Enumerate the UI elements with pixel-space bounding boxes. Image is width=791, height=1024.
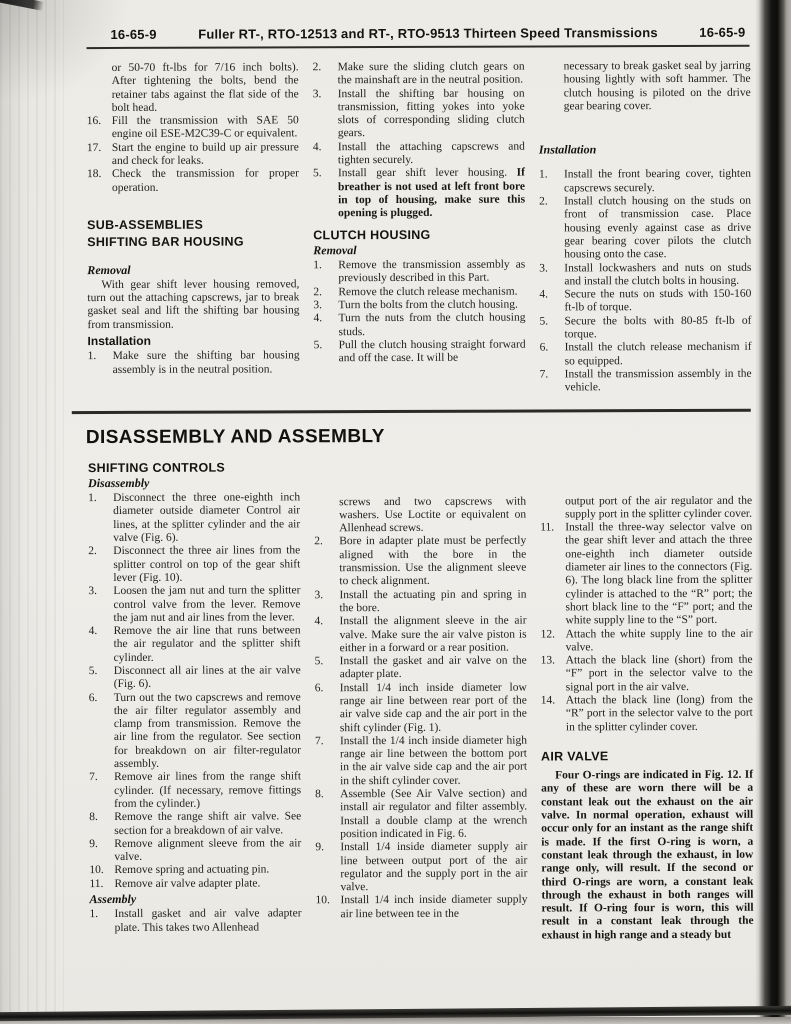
list-number: 3. bbox=[88, 585, 97, 598]
list-item-text: Install the front bearing cover, tighten… bbox=[564, 168, 751, 194]
list-item-text: Disconnect the three one-eighth inch dia… bbox=[113, 491, 300, 544]
list-item-text: Attach the black line (long) from the “R… bbox=[566, 694, 753, 733]
list-item: 5.Disconnect all air lines at the air va… bbox=[89, 664, 301, 691]
list-item-text: Install gasket and air valve adapter pla… bbox=[115, 908, 302, 934]
list-item: 4.Turn the nuts from the clutch housing … bbox=[313, 312, 525, 339]
list-number: 1. bbox=[88, 492, 97, 505]
list-item: 7.Install the transmission assembly in t… bbox=[540, 368, 752, 395]
list-number: 8. bbox=[315, 788, 324, 801]
list-number: 12. bbox=[541, 628, 555, 641]
list-number: 6. bbox=[89, 692, 98, 705]
list-item: 2.Bore in adapter plate must be perfectl… bbox=[314, 535, 526, 589]
list-item: 1.Make sure the shifting bar housing ass… bbox=[88, 350, 300, 377]
list-item: 1.Install gasket and air valve adapter p… bbox=[90, 908, 302, 935]
list-number: 6. bbox=[540, 342, 549, 355]
list-number: 2. bbox=[314, 536, 323, 549]
list-number: 5. bbox=[89, 665, 98, 678]
list-item-text: Remove the transmission assembly as prev… bbox=[338, 259, 525, 285]
list-number: 2. bbox=[539, 196, 548, 209]
list-item: 2.Make sure the sliding clutch gears on … bbox=[313, 61, 525, 88]
section-divider bbox=[72, 408, 751, 413]
list-item: 5.Secure the bolts with 80-85 ft-lb of t… bbox=[539, 315, 751, 342]
list-item-text: Bore in adapter plate must be perfectly … bbox=[339, 535, 526, 588]
list-number: 2. bbox=[313, 286, 322, 299]
paragraph: screws and two capscrews with washers. U… bbox=[339, 495, 526, 536]
list-number: 2. bbox=[88, 545, 97, 558]
list-item-text: Install 1/4 inch inside diameter low ran… bbox=[340, 681, 527, 734]
page-content: 16-65-9 Fuller RT-, RTO-12513 and RT-, R… bbox=[0, 0, 791, 944]
list-item-text: Install the three-way selector valve on … bbox=[565, 521, 752, 627]
list-number: 6. bbox=[315, 682, 324, 695]
list-item-text: Install the shifting bar housing on tran… bbox=[338, 87, 525, 140]
list-item-text: Loosen the jam nut and turn the splitter… bbox=[113, 585, 300, 624]
text-column: SHIFTING CONTROLSDisassembly1.Disconnect… bbox=[88, 461, 302, 944]
procedure-heading: Assembly bbox=[89, 892, 301, 906]
procedure-heading: Disassembly bbox=[88, 476, 300, 490]
list-item: 5.Install gear shift lever housing. If b… bbox=[313, 167, 525, 221]
list-number: 4. bbox=[89, 625, 98, 638]
list-item-text: Install lockwashers and nuts on studs an… bbox=[564, 261, 751, 287]
list-number: 10. bbox=[89, 864, 103, 877]
list-number: 1. bbox=[539, 169, 548, 182]
list-item: 8.Remove the range shift air valve. See … bbox=[89, 811, 301, 838]
paragraph: Four O-rings are indicated in Fig. 12. I… bbox=[541, 769, 754, 943]
subsection-heading: AIR VALVE bbox=[541, 750, 753, 764]
text-column: output port of the air regulator and the… bbox=[540, 459, 754, 942]
list-item-text: Install 1/4 inch inside diameter supply … bbox=[340, 894, 527, 920]
list-item-text: Turn out the two capscrews and remove th… bbox=[114, 691, 301, 770]
list-number: 4. bbox=[313, 141, 322, 154]
list-number: 3. bbox=[313, 88, 322, 101]
page-header: 16-65-9 Fuller RT-, RTO-12513 and RT-, R… bbox=[86, 25, 749, 42]
list-item-text: Install the clutch release mechanism if … bbox=[565, 341, 752, 367]
list-item-text: Install clutch housing on the studs on f… bbox=[564, 195, 751, 261]
list-item-text: Make sure the sliding clutch gears on th… bbox=[338, 61, 525, 87]
list-item-text: Turn the nuts from the clutch housing st… bbox=[338, 312, 525, 338]
list-item: 1.Disconnect the three one-eighth inch d… bbox=[88, 491, 300, 545]
list-number: 3. bbox=[539, 262, 548, 275]
list-item: 2.Disconnect the three air lines from th… bbox=[88, 545, 300, 586]
procedure-heading: Installation bbox=[539, 143, 751, 157]
subsection-heading: CLUTCH HOUSING bbox=[313, 228, 525, 242]
text-column: necessary to break gasket seal by jarrin… bbox=[539, 60, 752, 395]
list-number: 8. bbox=[89, 811, 98, 824]
list-item: 13.Attach the black line (short) from th… bbox=[541, 654, 753, 695]
text-column: screws and two capscrews with washers. U… bbox=[314, 460, 528, 943]
list-item: 3.Turn the bolts from the clutch housing… bbox=[313, 299, 525, 313]
list-number: 3. bbox=[314, 589, 323, 602]
header-rule bbox=[87, 45, 750, 49]
list-item-text: Remove spring and actuating pin. bbox=[114, 864, 269, 877]
list-item-text: Turn the bolts from the clutch housing. bbox=[338, 299, 517, 312]
subsection-heading: SHIFTING BAR HOUSING bbox=[87, 236, 299, 250]
procedure-heading: Removal bbox=[313, 243, 525, 257]
list-item: 18.Check the transmission for proper ope… bbox=[87, 168, 299, 195]
list-item: 1.Install the front bearing cover, tight… bbox=[539, 168, 751, 195]
subsection-heading: SUB-ASSEMBLIES bbox=[87, 218, 299, 232]
list-item: 6.Install the clutch release mechanism i… bbox=[540, 341, 752, 368]
list-number: 18. bbox=[87, 168, 101, 181]
list-item-text: Make sure the shifting bar housing assem… bbox=[113, 350, 300, 376]
list-item-text: Secure the bolts with 80-85 ft-lb of tor… bbox=[564, 315, 751, 341]
list-item: 10.Remove spring and actuating pin. bbox=[89, 864, 301, 878]
list-number: 11. bbox=[540, 522, 554, 535]
list-number: 1. bbox=[90, 908, 99, 921]
list-number: 7. bbox=[540, 368, 549, 381]
list-number: 5. bbox=[313, 168, 322, 181]
list-item: 2.Remove the clutch release mechanism. bbox=[313, 285, 525, 299]
list-number: 5. bbox=[539, 315, 548, 328]
list-item-text: Install the gasket and air valve on the … bbox=[340, 655, 527, 681]
list-item-text: Install the actuating pin and spring in … bbox=[339, 588, 526, 614]
list-number: 11. bbox=[89, 878, 103, 891]
list-item-text: Disconnect the three air lines from the … bbox=[113, 545, 300, 584]
paragraph: necessary to break gasket seal by jarrin… bbox=[564, 60, 751, 114]
list-item: 11.Remove air valve adapter plate. bbox=[89, 877, 301, 891]
list-item: 2.Install clutch housing on the studs on… bbox=[539, 195, 751, 262]
list-item: 1.Remove the transmission assembly as pr… bbox=[313, 259, 525, 286]
book-binding-edge bbox=[755, 0, 791, 1024]
top-section: or 50-70 ft-lbs for 7/16 inch bolts). Af… bbox=[87, 60, 751, 397]
list-item: 3.Loosen the jam nut and turn the splitt… bbox=[88, 585, 300, 626]
list-number: 1. bbox=[88, 350, 97, 363]
procedure-heading: Installation bbox=[88, 334, 300, 348]
list-item-text: Check the transmission for proper operat… bbox=[112, 168, 299, 194]
list-item: 6.Install 1/4 inch inside diameter low r… bbox=[315, 681, 527, 735]
text-run: Install gear shift lever housing. bbox=[338, 167, 517, 180]
list-item: 11.Install the three-way selector valve … bbox=[540, 521, 752, 628]
list-item-text: Remove air valve adapter plate. bbox=[114, 877, 260, 890]
header-title: Fuller RT-, RTO-12513 and RT-, RTO-9513 … bbox=[157, 25, 700, 42]
list-number: 3. bbox=[313, 299, 322, 312]
list-item-text: Install gear shift lever housing. If bre… bbox=[338, 167, 525, 220]
list-number: 2. bbox=[313, 61, 322, 74]
paragraph: output port of the air regulator and the… bbox=[565, 494, 752, 521]
list-number: 4. bbox=[315, 615, 324, 628]
list-item: 3.Install the actuating pin and spring i… bbox=[314, 588, 526, 615]
list-number: 7. bbox=[315, 735, 324, 748]
list-item-text: Attach the black line (short) from the “… bbox=[566, 654, 753, 693]
list-item-text: Install the attaching capscrews and tigh… bbox=[338, 140, 525, 166]
list-item: 12.Attach the white supply line to the a… bbox=[541, 627, 753, 654]
list-item: 17.Start the engine to build up air pres… bbox=[87, 141, 299, 168]
list-item: 8.Assemble (See Air Valve section) and i… bbox=[315, 788, 527, 842]
list-item-text: Start the engine to build up air pressur… bbox=[112, 141, 299, 167]
list-item: 4.Secure the nuts on studs with 150-160 … bbox=[539, 288, 751, 315]
list-item-text: Assemble (See Air Valve section) and ins… bbox=[340, 788, 527, 841]
list-number: 9. bbox=[89, 838, 98, 851]
list-item: 7.Remove air lines from the range shift … bbox=[89, 771, 301, 812]
list-item: 9.Install 1/4 inside diameter supply air… bbox=[315, 841, 527, 895]
list-item: 4.Remove the air line that runs between … bbox=[89, 624, 301, 665]
list-item-text: Install the 1/4 inch inside diameter hig… bbox=[340, 734, 527, 787]
list-item-text: Disconnect all air lines at the air valv… bbox=[114, 664, 301, 690]
list-item-text: Pull the clutch housing straight forward… bbox=[339, 338, 526, 364]
scanned-manual-page: 16-65-9 Fuller RT-, RTO-12513 and RT-, R… bbox=[0, 0, 791, 1024]
page-number-right: 16-65-9 bbox=[699, 25, 745, 40]
list-number: 7. bbox=[89, 771, 98, 784]
list-item-text: Remove the air line that runs between th… bbox=[114, 624, 301, 663]
list-item: 4.Install the alignment sleeve in the ai… bbox=[315, 615, 527, 656]
list-number: 1. bbox=[313, 259, 322, 272]
list-item-text: Remove the range shift air valve. See se… bbox=[114, 811, 301, 837]
list-item-text: Install the alignment sleeve in the air … bbox=[340, 615, 527, 654]
list-number: 10. bbox=[315, 895, 329, 908]
bottom-section: SHIFTING CONTROLSDisassembly1.Disconnect… bbox=[88, 459, 753, 944]
list-number: 13. bbox=[541, 655, 555, 668]
subsection-heading: SHIFTING CONTROLS bbox=[88, 461, 300, 475]
list-item: 9.Remove alignment sleeve from the air v… bbox=[89, 837, 301, 864]
list-number: 9. bbox=[315, 842, 324, 855]
list-item: 3.Install lockwashers and nuts on studs … bbox=[539, 261, 751, 288]
list-item: 10.Install 1/4 inch inside diameter supp… bbox=[315, 894, 527, 921]
list-item-text: Install 1/4 inside diameter supply air l… bbox=[340, 841, 527, 894]
list-item: 7.Install the 1/4 inch inside diameter h… bbox=[315, 734, 527, 788]
procedure-heading: Removal bbox=[87, 263, 299, 277]
list-number: 5. bbox=[314, 339, 323, 352]
list-item: 5.Install the gasket and air valve on th… bbox=[315, 655, 527, 682]
corner-shadow bbox=[0, 0, 150, 120]
list-item-text: Secure the nuts on studs with 150-160 ft… bbox=[564, 288, 751, 314]
list-number: 4. bbox=[313, 313, 322, 326]
text-column: 2.Make sure the sliding clutch gears on … bbox=[313, 61, 526, 396]
list-item-text: Install the transmission assembly in the… bbox=[565, 368, 752, 394]
list-number: 4. bbox=[539, 289, 548, 302]
list-number: 5. bbox=[315, 655, 324, 668]
list-item: 3.Install the shifting bar housing on tr… bbox=[313, 87, 525, 141]
list-item: 14.Attach the black line (long) from the… bbox=[541, 694, 753, 735]
list-item-text: Attach the white supply line to the air … bbox=[566, 627, 753, 653]
section-heading: DISASSEMBLY AND ASSEMBLY bbox=[86, 424, 751, 448]
list-number: 14. bbox=[541, 694, 555, 707]
list-item-text: Remove air lines from the range shift cy… bbox=[114, 771, 301, 810]
list-number: 17. bbox=[87, 142, 101, 155]
list-item: 6.Turn out the two capscrews and remove … bbox=[89, 691, 301, 772]
list-item: 5.Pull the clutch housing straight forwa… bbox=[314, 338, 526, 365]
list-item-text: Remove the clutch release mechanism. bbox=[338, 285, 517, 298]
list-item: 4.Install the attaching capscrews and ti… bbox=[313, 140, 525, 167]
list-item-text: Remove alignment sleeve from the air val… bbox=[114, 837, 301, 863]
paragraph: With gear shift lever housing removed, t… bbox=[87, 278, 299, 332]
